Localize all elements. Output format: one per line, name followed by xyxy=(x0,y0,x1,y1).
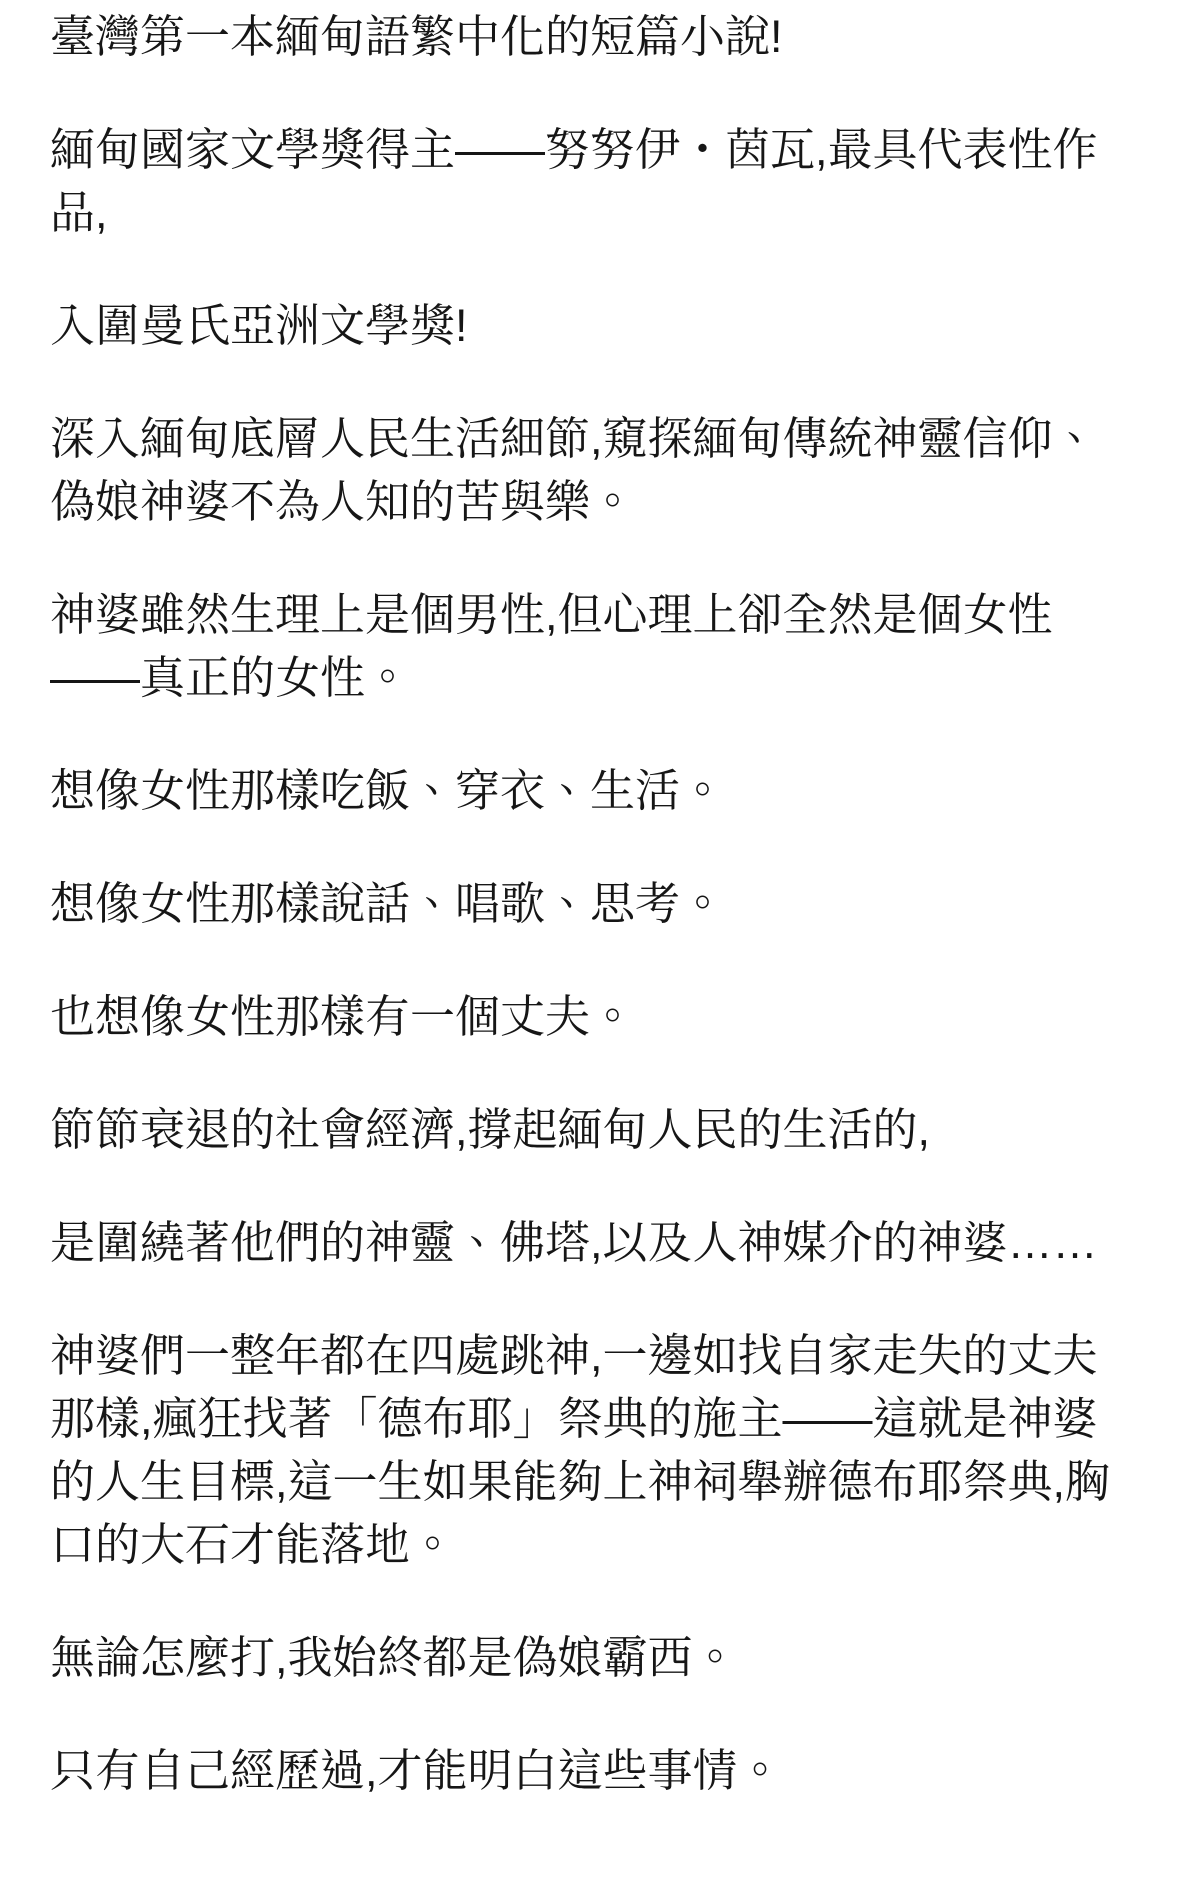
paragraph-imagine-1: 想像女性那樣吃飯、穿衣、生活。 xyxy=(50,759,1110,822)
paragraph-overview: 深入緬甸底層人民生活細節,窺探緬甸傳統神靈信仰、偽娘神婆不為人知的苦與樂。 xyxy=(50,407,1110,533)
paragraph-tagline: 臺灣第一本緬甸語繁中化的短篇小說! xyxy=(50,5,1110,68)
paragraph-quote-2: 只有自己經歷過,才能明白這些事情。 xyxy=(50,1739,1110,1802)
paragraph-quote-1: 無論怎麼打,我始終都是偽娘霸西。 xyxy=(50,1626,1110,1689)
book-description-page: 臺灣第一本緬甸語繁中化的短篇小說! 緬甸國家文學獎得主——努努伊・茵瓦,最具代表… xyxy=(0,0,1179,1901)
paragraph-man-prize: 入圍曼氏亞洲文學獎! xyxy=(50,294,1110,357)
paragraph-life-goal: 神婆們一整年都在四處跳神,一邊如找自家走失的丈夫那樣,瘋狂找著「德布耶」祭典的施… xyxy=(50,1324,1110,1576)
paragraph-imagine-2: 想像女性那樣說話、唱歌、思考。 xyxy=(50,872,1110,935)
paragraph-spirits: 是圍繞著他們的神靈、佛塔,以及人神媒介的神婆…… xyxy=(50,1211,1110,1274)
paragraph-natkadaw-intro: 神婆雖然生理上是個男性,但心理上卻全然是個女性——真正的女性。 xyxy=(50,583,1110,709)
book-description-text: 臺灣第一本緬甸語繁中化的短篇小說! 緬甸國家文學獎得主——努努伊・茵瓦,最具代表… xyxy=(0,0,1179,1802)
paragraph-author-award: 緬甸國家文學獎得主——努努伊・茵瓦,最具代表性作品, xyxy=(50,118,1110,244)
paragraph-economy: 節節衰退的社會經濟,撐起緬甸人民的生活的, xyxy=(50,1098,1110,1161)
paragraph-imagine-3: 也想像女性那樣有一個丈夫。 xyxy=(50,985,1110,1048)
